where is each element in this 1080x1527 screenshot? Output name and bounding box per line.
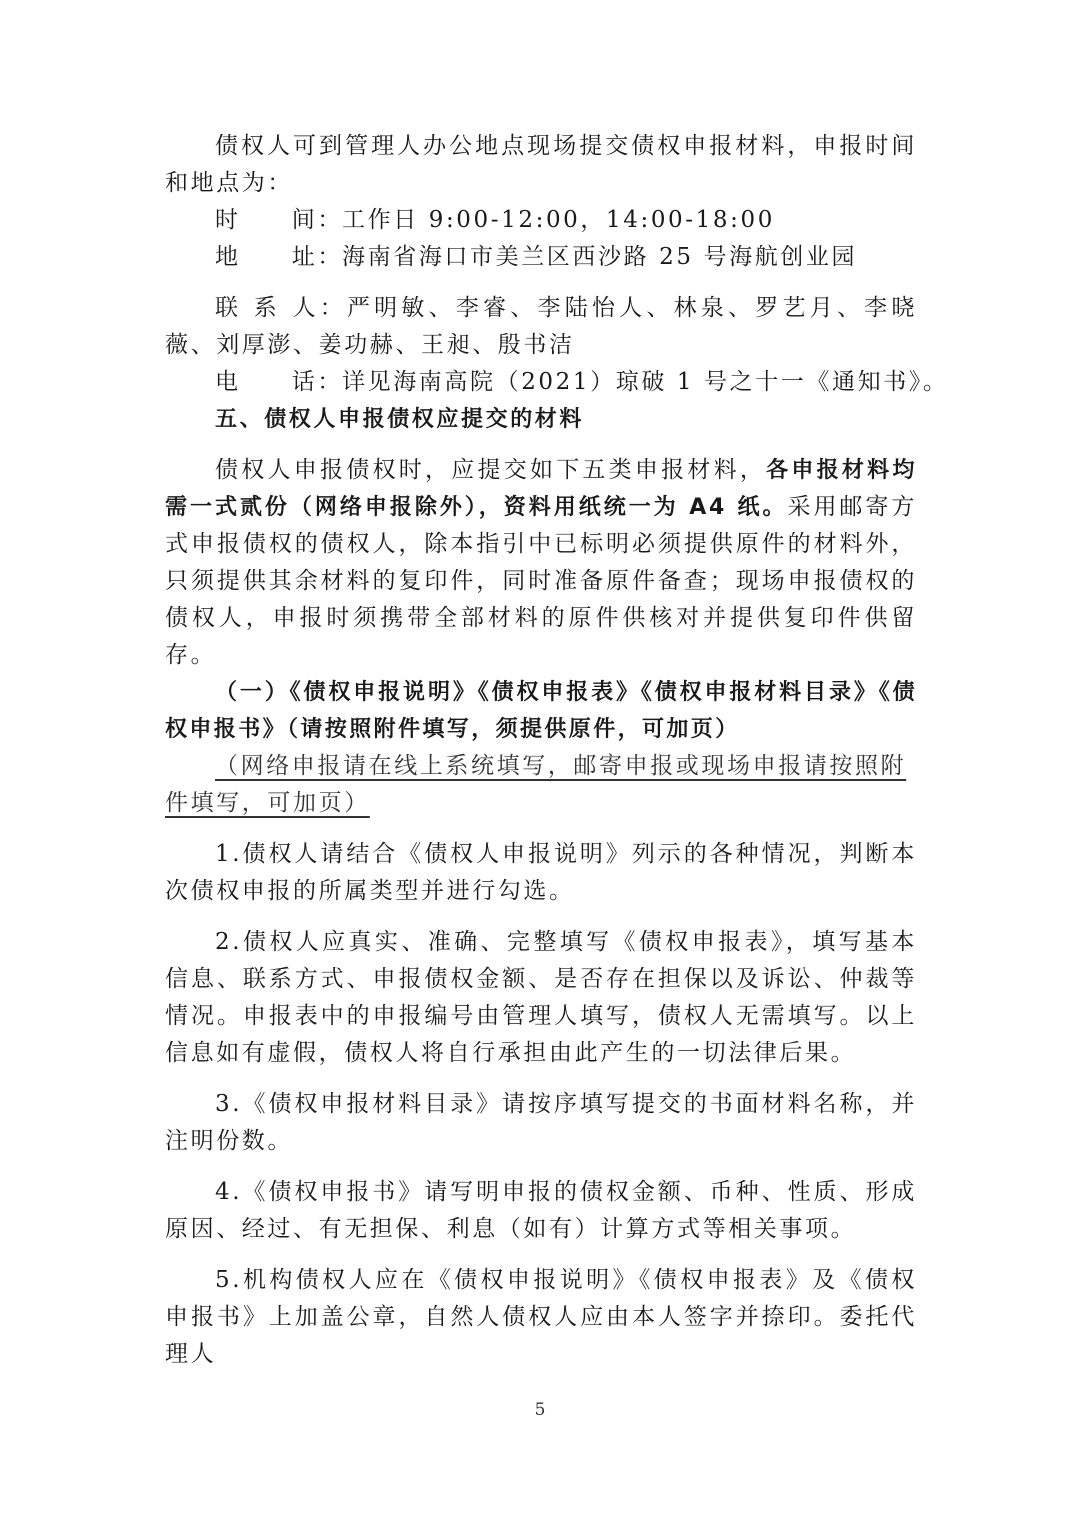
list-item-3: 3.《债权申报材料目录》请按序填写提交的书面材料名称，并注明份数。 <box>165 1086 917 1160</box>
field-phone-value: 详见海南高院（2021）琼破 1 号之十一《通知书》。 <box>342 364 949 401</box>
intro-paragraph: 债权人可到管理人办公地点现场提交债权申报材料，申报时间和地点为： <box>165 128 917 202</box>
field-time-value: 工作日 9:00-12:00，14:00-18:00 <box>342 202 775 239</box>
section-paragraph-part3: 采用邮寄方式申报债权的债权人，除本指引中已标明必须提供原件的材料外，只须提供其余… <box>165 494 917 668</box>
field-phone: 电 话： 详见海南高院（2021）琼破 1 号之十一《通知书》。 <box>165 364 917 401</box>
list-item-2: 2.债权人应真实、准确、完整填写《债权申报表》，填写基本信息、联系方式、申报债权… <box>165 924 917 1072</box>
section-paragraph-part1: 债权人申报债权时，应提交如下五类申报材料， <box>215 457 766 483</box>
subheading-1: （一）《债权申报说明》《债权申报表》《债权申报材料目录》《债权申报书》（请按照附… <box>165 674 917 748</box>
section-heading: 五、债权人申报债权应提交的材料 <box>165 401 917 438</box>
section-paragraph: 债权人申报债权时，应提交如下五类申报材料，各申报材料均需一式贰份（网络申报除外）… <box>165 452 917 674</box>
field-address-value: 海南省海口市美兰区西沙路 25 号海航创业园 <box>342 239 857 276</box>
field-address: 地 址： 海南省海口市美兰区西沙路 25 号海航创业园 <box>165 239 917 276</box>
document-page: 债权人可到管理人办公地点现场提交债权申报材料，申报时间和地点为： 时 间： 工作… <box>165 128 917 1373</box>
field-contacts-label: 联 系 人： <box>215 295 347 321</box>
page-number: 5 <box>0 1400 1080 1420</box>
field-contacts: 联 系 人：严明敏、李睿、李陆怡人、林泉、罗艺月、李晓薇、刘厚澎、姜功赫、王昶、… <box>165 290 917 364</box>
list-item-1: 1.债权人请结合《债权人申报说明》列示的各种情况，判断本次债权申报的所属类型并进… <box>165 836 917 910</box>
field-phone-label: 电 话： <box>215 364 342 401</box>
field-address-label: 地 址： <box>215 239 342 276</box>
underlined-note-text: （网络申报请在线上系统填写，邮寄申报或现场申报请按照附件填写，可加页） <box>165 753 906 816</box>
list-item-4: 4.《债权申报书》请写明申报的债权金额、币种、性质、形成原因、经过、有无担保、利… <box>165 1174 917 1248</box>
field-time: 时 间： 工作日 9:00-12:00，14:00-18:00 <box>165 202 917 239</box>
field-time-label: 时 间： <box>215 202 342 239</box>
list-item-5: 5.机构债权人应在《债权申报说明》《债权申报表》及《债权申报书》上加盖公章，自然… <box>165 1262 917 1373</box>
underlined-note: （网络申报请在线上系统填写，邮寄申报或现场申报请按照附件填写，可加页） <box>165 748 917 822</box>
